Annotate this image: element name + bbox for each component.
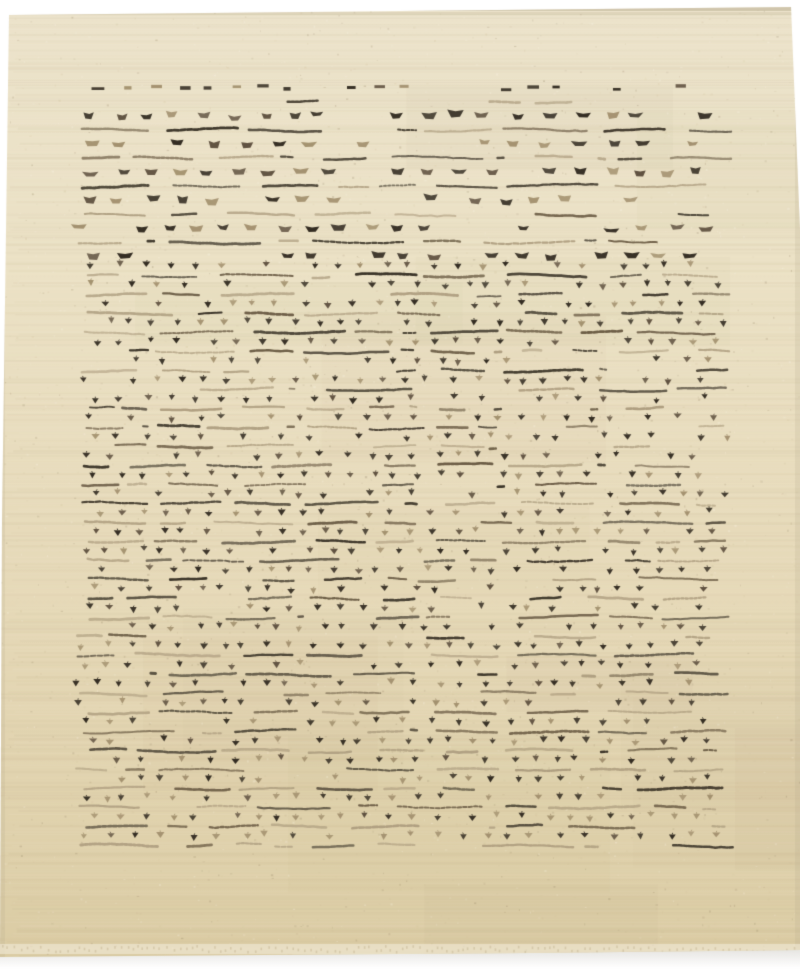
rug-product-photo <box>0 0 800 970</box>
rug-photo-image <box>0 0 800 970</box>
